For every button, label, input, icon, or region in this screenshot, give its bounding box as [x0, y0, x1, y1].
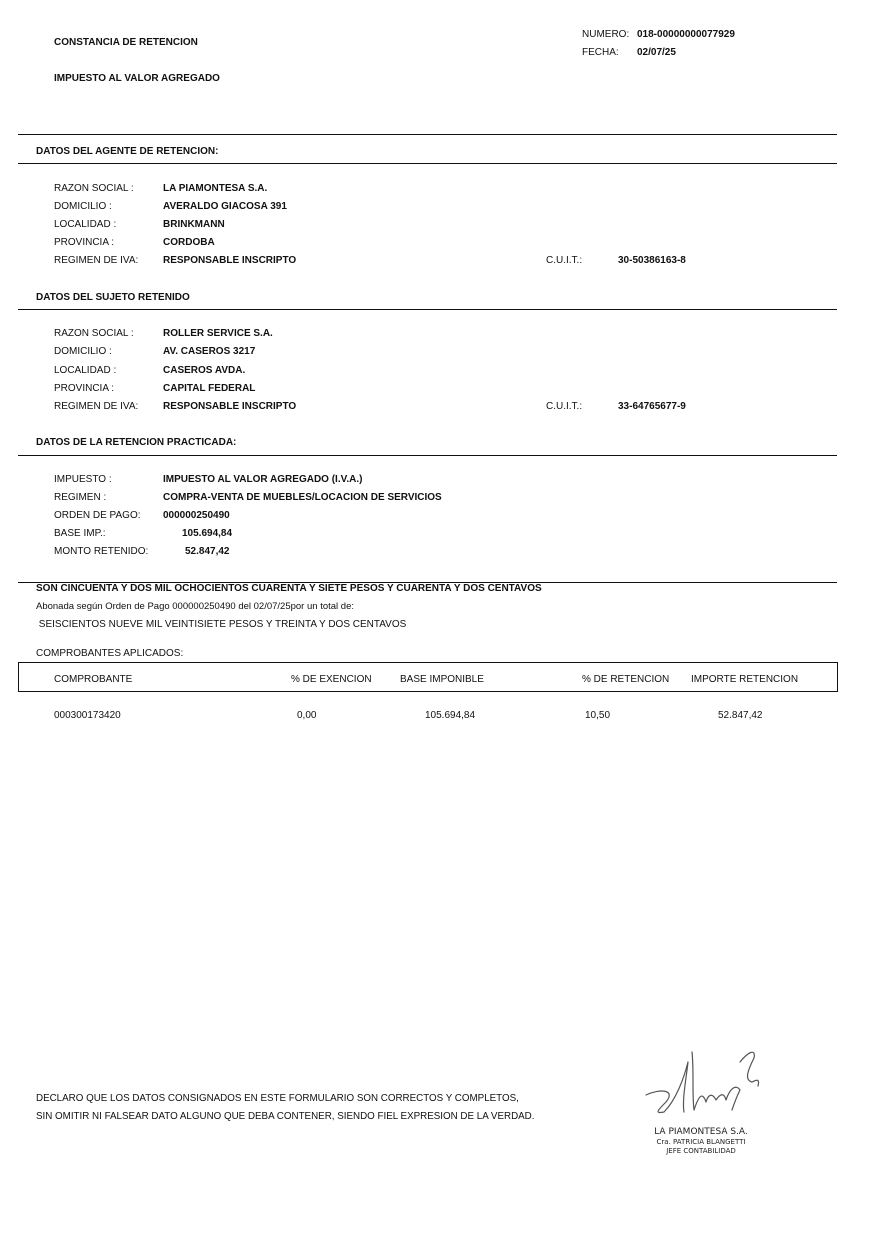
- field-label: PROVINCIA :: [54, 237, 114, 248]
- signature-block: LA PIAMONTESA S.A. Cra. PATRICIA BLANGET…: [636, 1040, 776, 1160]
- cuit-label: C.U.I.T.:: [546, 255, 582, 266]
- section-title-retencion: DATOS DE LA RETENCION PRACTICADA:: [36, 437, 236, 448]
- field-value: AVERALDO GIACOSA 391: [163, 201, 287, 212]
- field-label: PROVINCIA :: [54, 383, 114, 394]
- signature-company: LA PIAMONTESA S.A.: [636, 1127, 766, 1137]
- col-header-base-imponible: BASE IMPONIBLE: [400, 674, 484, 685]
- field-label: REGIMEN DE IVA:: [54, 255, 138, 266]
- field-value: LA PIAMONTESA S.A.: [163, 183, 267, 194]
- field-label: MONTO RETENIDO:: [54, 546, 148, 557]
- field-label: RAZON SOCIAL :: [54, 328, 134, 339]
- field-value: RESPONSABLE INSCRIPTO: [163, 255, 296, 266]
- amount-in-words: SON CINCUENTA Y DOS MIL OCHOCIENTOS CUAR…: [36, 583, 542, 594]
- col-header-exencion: % DE EXENCION: [291, 674, 372, 685]
- document-title: CONSTANCIA DE RETENCION: [54, 37, 198, 48]
- col-header-importe: IMPORTE RETENCION: [691, 674, 798, 685]
- field-value: CAPITAL FEDERAL: [163, 383, 255, 394]
- cuit-label: C.U.I.T.:: [546, 401, 582, 412]
- section-title-agente: DATOS DEL AGENTE DE RETENCION:: [36, 146, 218, 157]
- field-label: IMPUESTO :: [54, 474, 112, 485]
- divider: [18, 455, 837, 456]
- field-label: ORDEN DE PAGO:: [54, 510, 141, 521]
- field-label: DOMICILIO :: [54, 346, 112, 357]
- declaration-line-1: DECLARO QUE LOS DATOS CONSIGNADOS EN EST…: [36, 1093, 519, 1104]
- divider: [18, 163, 837, 164]
- field-value: BRINKMANN: [163, 219, 225, 230]
- field-label: BASE IMP.:: [54, 528, 106, 539]
- numero-value: 018-00000000077929: [637, 29, 735, 40]
- comprobantes-label: COMPROBANTES APLICADOS:: [36, 648, 183, 659]
- col-header-comprobante: COMPROBANTE: [54, 674, 132, 685]
- signature-icon: [636, 1040, 776, 1125]
- signature-role: JEFE CONTABILIDAD: [636, 1147, 766, 1155]
- field-value: COMPRA-VENTA DE MUEBLES/LOCACION DE SERV…: [163, 492, 442, 503]
- signature-name: Cra. PATRICIA BLANGETTI: [636, 1138, 766, 1146]
- divider: [18, 309, 837, 310]
- cell-comprobante: 000300173420: [54, 710, 121, 721]
- cell-retencion: 10,50: [585, 710, 610, 721]
- cuit-value: 30-50386163-8: [618, 255, 686, 266]
- cell-importe: 52.847,42: [718, 710, 763, 721]
- field-label: DOMICILIO :: [54, 201, 112, 212]
- field-label: REGIMEN DE IVA:: [54, 401, 138, 412]
- field-value: CASEROS AVDA.: [163, 365, 245, 376]
- field-label: REGIMEN :: [54, 492, 106, 503]
- declaration-line-2: SIN OMITIR NI FALSEAR DATO ALGUNO QUE DE…: [36, 1111, 534, 1122]
- numero-label: NUMERO:: [582, 29, 629, 40]
- field-value: 000000250490: [163, 510, 230, 521]
- fecha-value: 02/07/25: [637, 47, 676, 58]
- field-value: CORDOBA: [163, 237, 215, 248]
- field-value: 105.694,84: [182, 528, 232, 539]
- field-value: 52.847,42: [185, 546, 230, 557]
- total-in-words: SEISCIENTOS NUEVE MIL VEINTISIETE PESOS …: [36, 619, 406, 630]
- field-value: RESPONSABLE INSCRIPTO: [163, 401, 296, 412]
- cuit-value: 33-64765677-9: [618, 401, 686, 412]
- cell-base-imponible: 105.694,84: [425, 710, 475, 721]
- field-value: IMPUESTO AL VALOR AGREGADO (I.V.A.): [163, 474, 362, 485]
- cell-exencion: 0,00: [297, 710, 316, 721]
- field-label: LOCALIDAD :: [54, 219, 116, 230]
- col-header-retencion: % DE RETENCION: [582, 674, 669, 685]
- fecha-label: FECHA:: [582, 47, 619, 58]
- payment-order-note: Abonada según Orden de Pago 000000250490…: [36, 601, 354, 612]
- field-label: RAZON SOCIAL :: [54, 183, 134, 194]
- section-title-sujeto: DATOS DEL SUJETO RETENIDO: [36, 292, 190, 303]
- field-label: LOCALIDAD :: [54, 365, 116, 376]
- field-value: AV. CASEROS 3217: [163, 346, 255, 357]
- field-value: ROLLER SERVICE S.A.: [163, 328, 273, 339]
- document-subtitle: IMPUESTO AL VALOR AGREGADO: [54, 73, 220, 84]
- divider: [18, 134, 837, 135]
